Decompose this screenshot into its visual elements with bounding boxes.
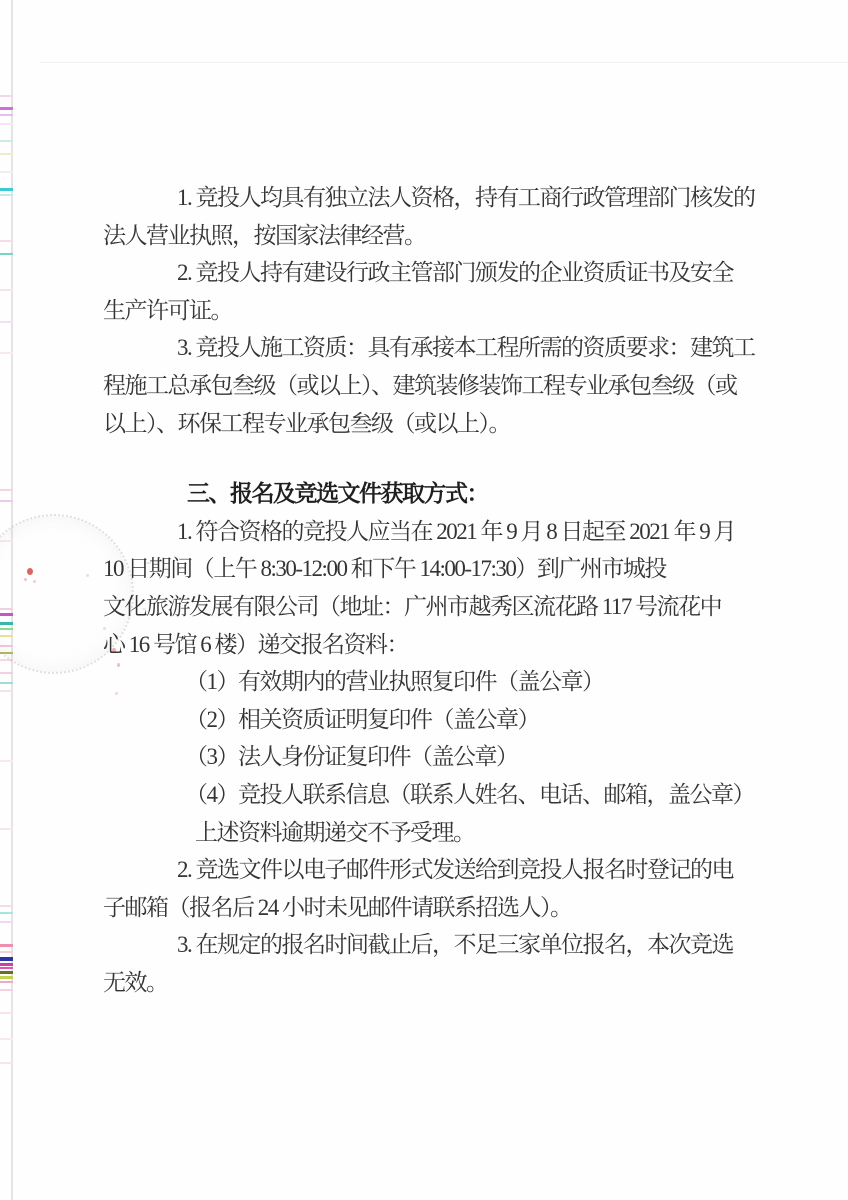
scan-edge-line-top	[40, 62, 848, 63]
scan-noise-line	[0, 1062, 13, 1064]
registration-para-line-1: 1. 符合资格的竞投人应当在 2021 年 9 月 8 日起至 2021 年 9…	[103, 513, 763, 551]
material-item-3: （3）法人身份证复印件（盖公章）	[103, 738, 763, 776]
registration-para-line-4: 心 16 号馆 6 楼）递交报名资料：	[103, 626, 763, 664]
scan-noise-line	[0, 352, 13, 354]
scan-noise-line	[0, 500, 13, 502]
invalid-para-line-2: 无效。	[103, 964, 763, 1002]
scan-noise-line	[0, 828, 13, 830]
clause-1-line-2: 法人营业执照，按国家法律经营。	[103, 217, 763, 255]
scan-noise-line	[0, 140, 13, 142]
scan-noise-line	[0, 123, 13, 125]
clause-3-line-2: 程施工总承包叁级（或以上）、建筑装修装饰工程专业承包叁级（或	[103, 367, 763, 405]
scan-noise-line	[0, 253, 13, 255]
scan-noise-line	[0, 188, 13, 191]
scan-noise-line	[0, 114, 13, 116]
scan-noise-line	[0, 690, 13, 692]
registration-para-line-3: 文化旅游发展有限公司（地址：广州市越秀区流花路 117 号流花中	[103, 588, 763, 626]
email-para-line-2: 子邮箱（报名后 24 小时未见邮件请联系招选人）。	[103, 889, 763, 927]
clause-1-line-1: 1. 竞投人均具有独立法人资格，持有工商行政管理部门核发的	[103, 179, 763, 217]
stamp-ink-dot	[86, 574, 89, 577]
scan-noise-line	[0, 971, 13, 974]
scan-noise-line	[0, 944, 13, 947]
clause-2-line-2: 生产许可证。	[103, 292, 763, 330]
scan-noise-line	[0, 489, 13, 491]
registration-para-line-2: 10 日期间（上午 8:30-12:00 和下午 14:00-17:30）到广州…	[103, 550, 763, 588]
clause-3-line-3: 以上）、环保工程专业承包叁级（或以上）。	[103, 405, 763, 443]
scan-noise-line	[0, 760, 13, 762]
scan-noise-line	[0, 1012, 13, 1014]
scan-noise-line	[0, 1038, 13, 1040]
clause-2-line-1: 2. 竞投人持有建设行政主管部门颁发的企业资质证书及安全	[103, 254, 763, 292]
scan-noise-line	[0, 672, 13, 674]
scan-noise-line	[0, 240, 13, 242]
scan-noise-line	[0, 95, 13, 97]
document-body: 1. 竞投人均具有独立法人资格，持有工商行政管理部门核发的 法人营业执照，按国家…	[103, 179, 763, 1001]
scan-noise-line	[0, 981, 13, 983]
scan-noise-line	[0, 905, 13, 907]
scan-noise-line	[0, 989, 13, 991]
clause-3-line-1: 3. 竞投人施工资质：具有承接本工程所需的资质要求：建筑工	[103, 329, 763, 367]
scan-noise-line	[0, 963, 13, 966]
scan-noise-line	[0, 153, 13, 155]
scan-noise-line	[0, 921, 13, 923]
scan-noise-line	[0, 967, 13, 969]
scan-noise-line	[0, 194, 13, 196]
scanned-document-page: 1. 竞投人均具有独立法人资格，持有工商行政管理部门核发的 法人营业执照，按国家…	[0, 0, 848, 1200]
scan-noise-line	[0, 171, 13, 173]
stamp-ink-dot	[33, 580, 36, 583]
email-para-line-1: 2. 竞选文件以电子邮件形式发送给到竞投人报名时登记的电	[103, 851, 763, 889]
material-item-4: （4）竞投人联系信息（联系人姓名、电话、邮箱，盖公章）	[103, 776, 763, 814]
scan-noise-line	[0, 289, 13, 291]
material-item-1: （1）有效期内的营业执照复印件（盖公章）	[103, 663, 763, 701]
stamp-ink-dot	[24, 578, 27, 581]
scan-noise-line	[0, 912, 13, 914]
invalid-para-line-1: 3. 在规定的报名时间截止后，不足三家单位报名，本次竞选	[103, 926, 763, 964]
material-item-2: （2）相关资质证明复印件（盖公章）	[103, 701, 763, 739]
scan-noise-line	[0, 951, 13, 953]
scan-noise-line	[0, 682, 13, 684]
section-3-heading: 三、报名及竞选文件获取方式：	[103, 475, 763, 513]
scan-noise-line	[0, 976, 13, 979]
scan-noise-line	[0, 957, 13, 961]
deadline-note: 上述资料逾期递交不予受理。	[103, 814, 763, 852]
scan-noise-line	[0, 107, 13, 110]
scan-noise-line	[0, 321, 13, 323]
stamp-ink-dot	[27, 568, 33, 575]
